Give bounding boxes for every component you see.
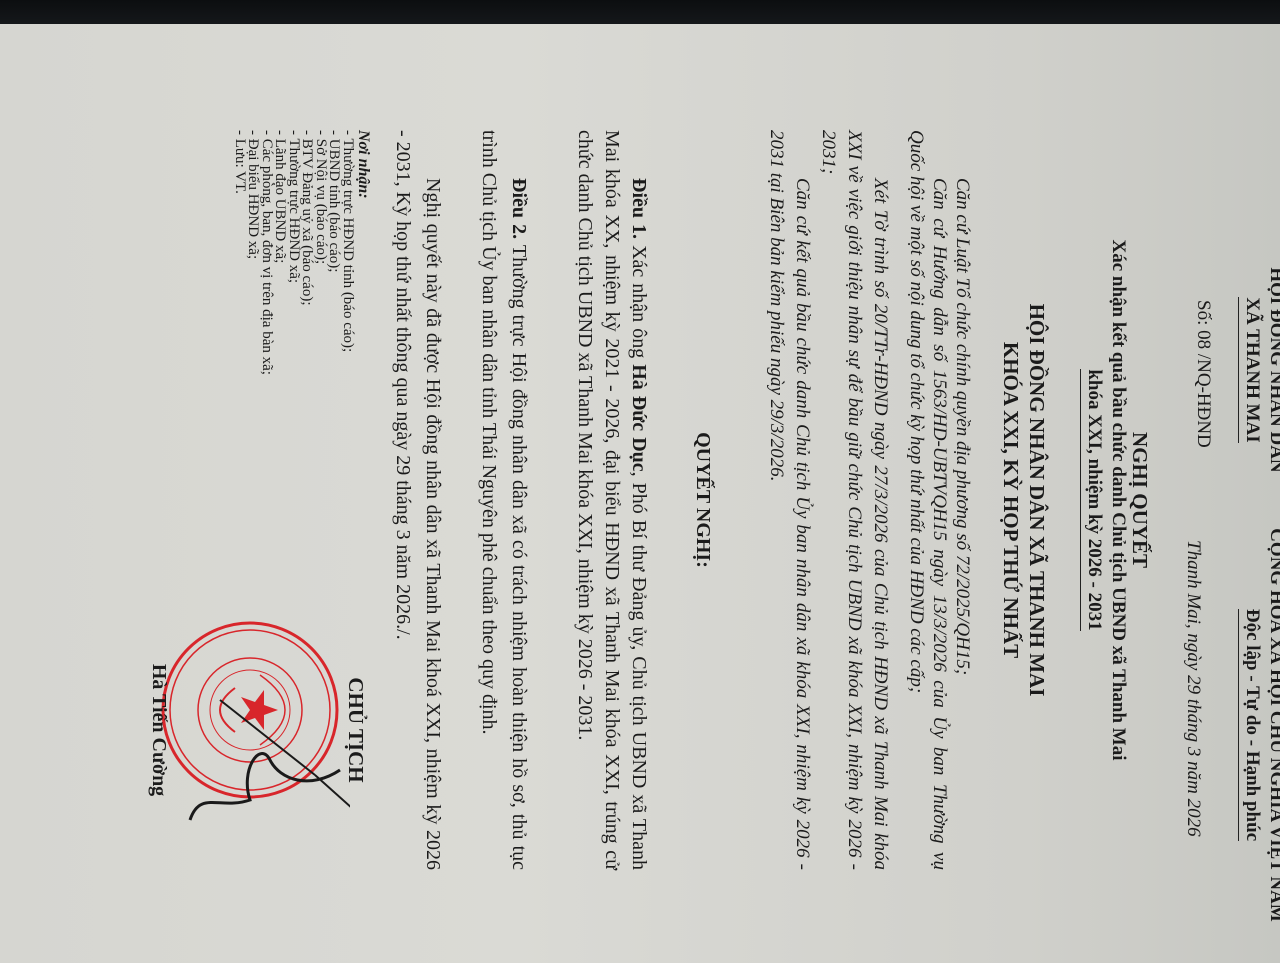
preamble-item: Căn cứ kết quả bầu chức danh Chủ tịch Ủy… — [763, 130, 815, 870]
article-1: Điều 1. Xác nhận ông Hà Đức Dục, Phó Bí … — [571, 130, 652, 870]
agency-name: HỘI ĐỒNG NHÂN DÂN — [1264, 230, 1280, 510]
commune-name: XÃ THANH MAI — [1238, 297, 1264, 442]
recipient-item: - BTV Đảng uỷ xã (báo cáo); — [300, 130, 314, 550]
article-2: Điều 2. Thường trực Hội đồng nhân dân xã… — [474, 130, 534, 870]
issuer-session: KHÓA XXI, KỲ HỌP THỨ NHẤT — [998, 100, 1024, 900]
article-label: Điều 1. — [628, 178, 650, 239]
preamble: Căn cứ Luật Tổ chức chính quyền địa phươ… — [763, 130, 974, 870]
subject-line-1: Xác nhận kết quả bầu chức danh Chủ tịch … — [1106, 100, 1130, 900]
signer-name: Hà Tiến Cường — [147, 560, 170, 900]
recipient-item: - Đại biểu HĐND xã; — [246, 130, 260, 550]
preamble-item: Căn cứ Hướng dẫn số 1563/HD-UBTVQH15 ngà… — [905, 130, 951, 870]
recipient-item: - Lưu: VT. — [233, 130, 247, 550]
issuing-agency: HỘI ĐỒNG NHÂN DÂN XÃ THANH MAI — [1238, 230, 1280, 510]
document-number: Số: 08 /NQ-HĐND — [1192, 300, 1214, 448]
issuer-block: HỘI ĐỒNG NHÂN DÂN XÃ THANH MAI KHÓA XXI,… — [998, 100, 1050, 900]
closing-statement: Nghị quyết này đã được Hội đồng nhân dân… — [388, 130, 448, 870]
nation-motto: Độc lập - Tự do - Hạnh phúc — [1238, 609, 1264, 841]
official-seal-icon — [150, 560, 350, 880]
place-date: Thanh Mai, ngày 29 tháng 3 năm 2026 — [1182, 540, 1204, 837]
document-subject: Xác nhận kết quả bầu chức danh Chủ tịch … — [1080, 100, 1130, 900]
issuer-council: HỘI ĐỒNG NHÂN DÂN XÃ THANH MAI — [1024, 100, 1050, 900]
recipient-item: - UBND tỉnh (báo cáo); — [327, 130, 341, 550]
preamble-item: Căn cứ Luật Tổ chức chính quyền địa phươ… — [951, 130, 974, 870]
recipient-item: - Sở Nội vụ (báo cáo); — [314, 130, 328, 550]
article-text: Xác nhận ông — [628, 239, 650, 364]
recipient-item: - Thường trực HĐND xã; — [287, 130, 301, 550]
recipient-item: - Thường trực HĐND tỉnh (báo cáo); — [341, 130, 355, 550]
decision-heading: QUYẾT NGHỊ: — [691, 100, 714, 900]
subject-line-2: khóa XXI, nhiệm kỳ 2026 - 2031 — [1080, 369, 1106, 630]
article-text: Thường trực Hội đồng nhân dân xã có trác… — [478, 130, 530, 870]
recipient-item: - Các phòng, ban, đơn vị trên địa bàn xã… — [260, 130, 274, 550]
preamble-item: Xét Tờ trình số 20/TTr-HĐND ngày 27/3/20… — [815, 130, 893, 870]
nation-title: CỘNG HÒA XÃ HỘI CHỦ NGHĨA VIỆT NAM — [1264, 490, 1280, 960]
elected-person-name: Hà Đức Dục — [628, 364, 650, 471]
resolution-document: .doc .row { position:absolute; left:0; w… — [0, 0, 1280, 963]
document-type: NGHỊ QUYẾT — [1127, 150, 1152, 850]
national-heading: CỘNG HÒA XÃ HỘI CHỦ NGHĨA VIỆT NAM Độc l… — [1238, 490, 1280, 960]
recipients-list: Nơi nhận: - Thường trực HĐND tỉnh (báo c… — [233, 130, 373, 550]
recipients-title: Nơi nhận: — [354, 130, 372, 550]
article-label: Điều 2. — [508, 178, 530, 239]
recipient-item: - Lãnh đạo UBND xã; — [273, 130, 287, 550]
